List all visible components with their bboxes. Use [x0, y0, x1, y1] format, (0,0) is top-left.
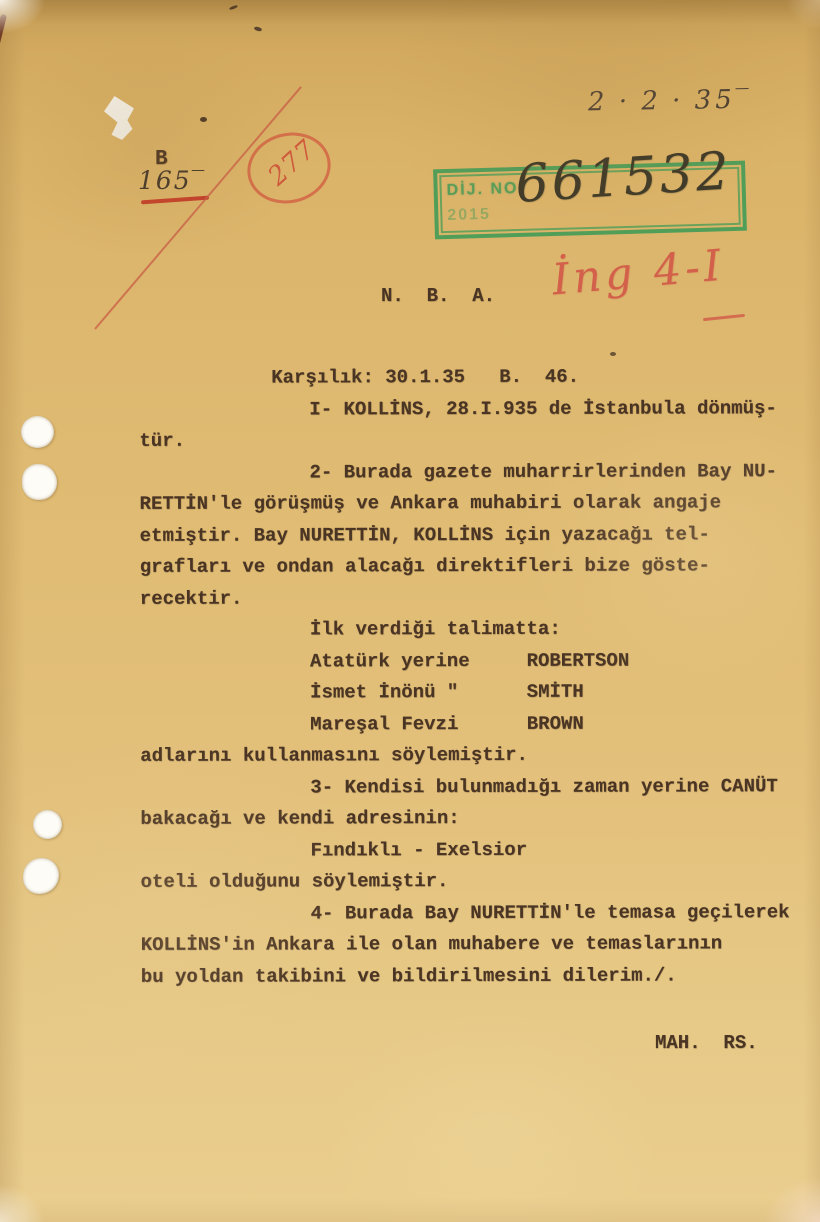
typed-line-16: Fındıklı - Exelsior [140, 834, 800, 867]
paper-speck [254, 26, 263, 32]
paper-stain [0, 14, 7, 48]
paper-speck [610, 352, 616, 356]
punch-hole [22, 464, 57, 500]
red-classification-note: İng 4-I [550, 241, 726, 306]
typed-line-3: tür. [139, 424, 799, 457]
paper-tear [104, 96, 134, 140]
document-signature: MAH. RS. [655, 1032, 758, 1054]
document-body: Karşılık: 30.1.35 B. 46.I- KOLLİNS, 28.I… [139, 361, 801, 993]
typed-line-5: RETTİN'le görüşmüş ve Ankara muhabiri ol… [140, 487, 800, 520]
typed-line-9: İlk verdiği talimatta: [140, 613, 800, 646]
typed-line-12: Mareşal Fevzi BROWN [140, 708, 800, 741]
handwritten-date: 2 · 2 · 35‾ [588, 85, 753, 118]
typed-line-1: Karşılık: 30.1.35 B. 46. [139, 361, 799, 394]
typed-line-14: 3- Kendisi bulunmadığı zaman yerine CANÜ… [140, 771, 800, 804]
punch-hole [21, 416, 54, 448]
typed-line-8: recektir. [140, 582, 800, 615]
scanned-document-page: 2 · 2 · 35‾ B 165‾ 277 DİJ. NO: 2015 661… [0, 0, 820, 1222]
typed-line-13: adlarını kullanmasını söylemiştir. [140, 739, 800, 772]
typed-line-20: bu yoldan takibini ve bildirilmesini dil… [141, 960, 801, 993]
paper-speck [200, 117, 207, 122]
paper-speck [229, 5, 238, 11]
file-number: 165‾ [138, 166, 206, 195]
typed-line-10: Atatürk yerine ROBERTSON [140, 645, 800, 678]
typed-line-4: 2- Burada gazete muharrirlerinden Bay NU… [139, 456, 799, 489]
document-heading: N. B. A. [381, 285, 495, 307]
circled-number: 277 [263, 134, 322, 192]
stamp-label: DİJ. NO: [446, 180, 526, 200]
typed-line-19: KOLLİNS'in Ankara ile olan muhabere ve t… [141, 928, 801, 961]
red-note-underline [703, 314, 745, 321]
red-underline-mark [141, 196, 209, 205]
typed-line-6: etmiştir. Bay NURETTİN, KOLLİNS için yaz… [140, 519, 800, 552]
typed-line-11: İsmet İnönü " SMİTH [140, 676, 800, 709]
registry-stamp: DİJ. NO: 2015 661532 [433, 161, 747, 240]
typed-line-2: I- KOLLİNS, 28.I.935 de İstanbula dönmüş… [139, 393, 799, 426]
typed-line-18: 4- Burada Bay NURETTİN'le temasa geçiler… [141, 897, 801, 930]
typed-line-15: bakacağı ve kendi adresinin: [140, 802, 800, 835]
punch-hole [33, 810, 62, 839]
stamp-year: 2015 [447, 206, 491, 225]
punch-hole [23, 858, 59, 894]
circled-number-annotation: 277 [240, 124, 338, 212]
typed-line-7: grafları ve ondan alacağı direktifleri b… [140, 550, 800, 583]
typed-line-17: oteli olduğunu söylemiştir. [140, 865, 800, 898]
